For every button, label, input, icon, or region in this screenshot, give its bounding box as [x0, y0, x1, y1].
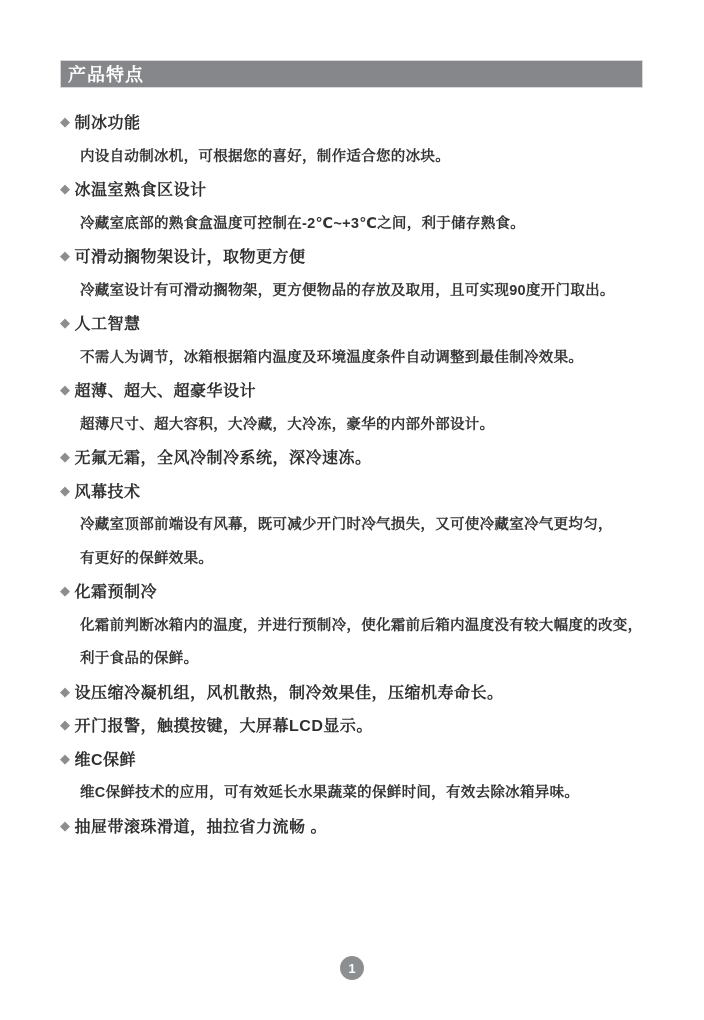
feature-body-line: 内设自动制冰机，可根据您的喜好，制作适合您的冰块。: [60, 139, 650, 173]
feature-item: ◆ 维C保鲜 维C保鲜技术的应用，可有效延长水果蔬菜的保鲜时间，有效去除冰箱异味…: [60, 742, 650, 809]
feature-heading: ◆ 设压缩冷凝机组，风机散热，制冷效果佳，压缩机寿命长。: [60, 675, 650, 709]
feature-heading-text: 设压缩冷凝机组，风机散热，制冷效果佳，压缩机寿命长。: [75, 680, 504, 703]
feature-item: ◆ 风幕技术 冷藏室顶部前端设有风幕，既可减少开门时冷气损失，又可使冷藏室冷气更…: [60, 474, 650, 575]
feature-item: ◆ 开门报警，触摸按键，大屏幕LCD显示。: [60, 708, 650, 742]
feature-body-line: 有更好的保鲜效果。: [60, 541, 650, 575]
feature-body-line: 化霜前判断冰箱内的温度，并进行预制冷，使化霜前后箱内温度没有较大幅度的改变，: [60, 608, 650, 642]
feature-heading: ◆ 化霜预制冷: [60, 574, 650, 608]
feature-heading: ◆ 风幕技术: [60, 474, 650, 508]
diamond-bullet-icon: ◆: [60, 685, 71, 698]
feature-item: ◆ 可滑动搁物架设计，取物更方便 冷藏室设计有可滑动搁物架，更方便物品的存放及取…: [60, 239, 650, 306]
feature-heading-text: 人工智慧: [75, 311, 141, 334]
diamond-bullet-icon: ◆: [60, 450, 71, 463]
section-header: 产品特点: [60, 60, 643, 88]
feature-item: ◆ 超薄、超大、超豪华设计 超薄尺寸、超大容积，大冷藏，大冷冻，豪华的内部外部设…: [60, 373, 650, 440]
feature-heading-text: 可滑动搁物架设计，取物更方便: [75, 244, 306, 267]
feature-item: ◆ 冰温室熟食区设计 冷藏室底部的熟食盒温度可控制在-2℃~+3℃之间，利于储存…: [60, 172, 650, 239]
feature-heading-text: 无氟无霜，全风冷制冷系统，深冷速冻。: [75, 445, 372, 468]
feature-heading-text: 化霜预制冷: [75, 579, 158, 602]
feature-item: ◆ 抽屉带滚珠滑道，抽拉省力流畅 。: [60, 809, 650, 843]
features-list: ◆ 制冰功能 内设自动制冰机，可根据您的喜好，制作适合您的冰块。 ◆ 冰温室熟食…: [60, 105, 650, 842]
section-title: 产品特点: [61, 61, 144, 87]
feature-body-line: 超薄尺寸、超大容积，大冷藏，大冷冻，豪华的内部外部设计。: [60, 407, 650, 441]
feature-item: ◆ 无氟无霜，全风冷制冷系统，深冷速冻。: [60, 440, 650, 474]
diamond-bullet-icon: ◆: [60, 316, 71, 329]
diamond-bullet-icon: ◆: [60, 718, 71, 731]
page-number: 1: [348, 961, 355, 976]
feature-heading-text: 维C保鲜: [75, 747, 137, 770]
feature-heading-text: 开门报警，触摸按键，大屏幕LCD显示。: [75, 713, 373, 736]
page-footer: 1: [0, 956, 704, 980]
feature-heading: ◆ 冰温室熟食区设计: [60, 172, 650, 206]
feature-body-line: 维C保鲜技术的应用，可有效延长水果蔬菜的保鲜时间，有效去除冰箱异味。: [60, 775, 650, 809]
diamond-bullet-icon: ◆: [60, 182, 71, 195]
feature-heading: ◆ 开门报警，触摸按键，大屏幕LCD显示。: [60, 708, 650, 742]
feature-heading: ◆ 维C保鲜: [60, 742, 650, 776]
feature-heading-text: 抽屉带滚珠滑道，抽拉省力流畅 。: [75, 814, 327, 837]
feature-heading: ◆ 抽屉带滚珠滑道，抽拉省力流畅 。: [60, 809, 650, 843]
diamond-bullet-icon: ◆: [60, 819, 71, 832]
feature-item: ◆ 化霜预制冷 化霜前判断冰箱内的温度，并进行预制冷，使化霜前后箱内温度没有较大…: [60, 574, 650, 675]
feature-heading: ◆ 制冰功能: [60, 105, 650, 139]
feature-body-line: 不需人为调节，冰箱根据箱内温度及环境温度条件自动调整到最佳制冷效果。: [60, 340, 650, 374]
diamond-bullet-icon: ◆: [60, 752, 71, 765]
feature-heading: ◆ 人工智慧: [60, 306, 650, 340]
diamond-bullet-icon: ◆: [60, 383, 71, 396]
diamond-bullet-icon: ◆: [60, 484, 71, 497]
feature-body-line: 利于食品的保鲜。: [60, 641, 650, 675]
feature-heading: ◆ 可滑动搁物架设计，取物更方便: [60, 239, 650, 273]
diamond-bullet-icon: ◆: [60, 249, 71, 262]
feature-heading: ◆ 超薄、超大、超豪华设计: [60, 373, 650, 407]
diamond-bullet-icon: ◆: [60, 115, 71, 128]
manual-page: 产品特点 ◆ 制冰功能 内设自动制冰机，可根据您的喜好，制作适合您的冰块。 ◆ …: [0, 0, 704, 1020]
feature-item: ◆ 设压缩冷凝机组，风机散热，制冷效果佳，压缩机寿命长。: [60, 675, 650, 709]
feature-heading-text: 制冰功能: [75, 110, 141, 133]
feature-heading-text: 冰温室熟食区设计: [75, 177, 207, 200]
feature-item: ◆ 制冰功能 内设自动制冰机，可根据您的喜好，制作适合您的冰块。: [60, 105, 650, 172]
feature-heading: ◆ 无氟无霜，全风冷制冷系统，深冷速冻。: [60, 440, 650, 474]
feature-body-line: 冷藏室底部的熟食盒温度可控制在-2℃~+3℃之间，利于储存熟食。: [60, 206, 650, 240]
feature-body-line: 冷藏室顶部前端设有风幕，既可减少开门时冷气损失，又可使冷藏室冷气更均匀，: [60, 507, 650, 541]
feature-body-line: 冷藏室设计有可滑动搁物架，更方便物品的存放及取用，且可实现90度开门取出。: [60, 273, 650, 307]
feature-item: ◆ 人工智慧 不需人为调节，冰箱根据箱内温度及环境温度条件自动调整到最佳制冷效果…: [60, 306, 650, 373]
diamond-bullet-icon: ◆: [60, 584, 71, 597]
feature-heading-text: 超薄、超大、超豪华设计: [75, 378, 257, 401]
page-number-badge: 1: [340, 956, 364, 980]
feature-heading-text: 风幕技术: [75, 479, 141, 502]
